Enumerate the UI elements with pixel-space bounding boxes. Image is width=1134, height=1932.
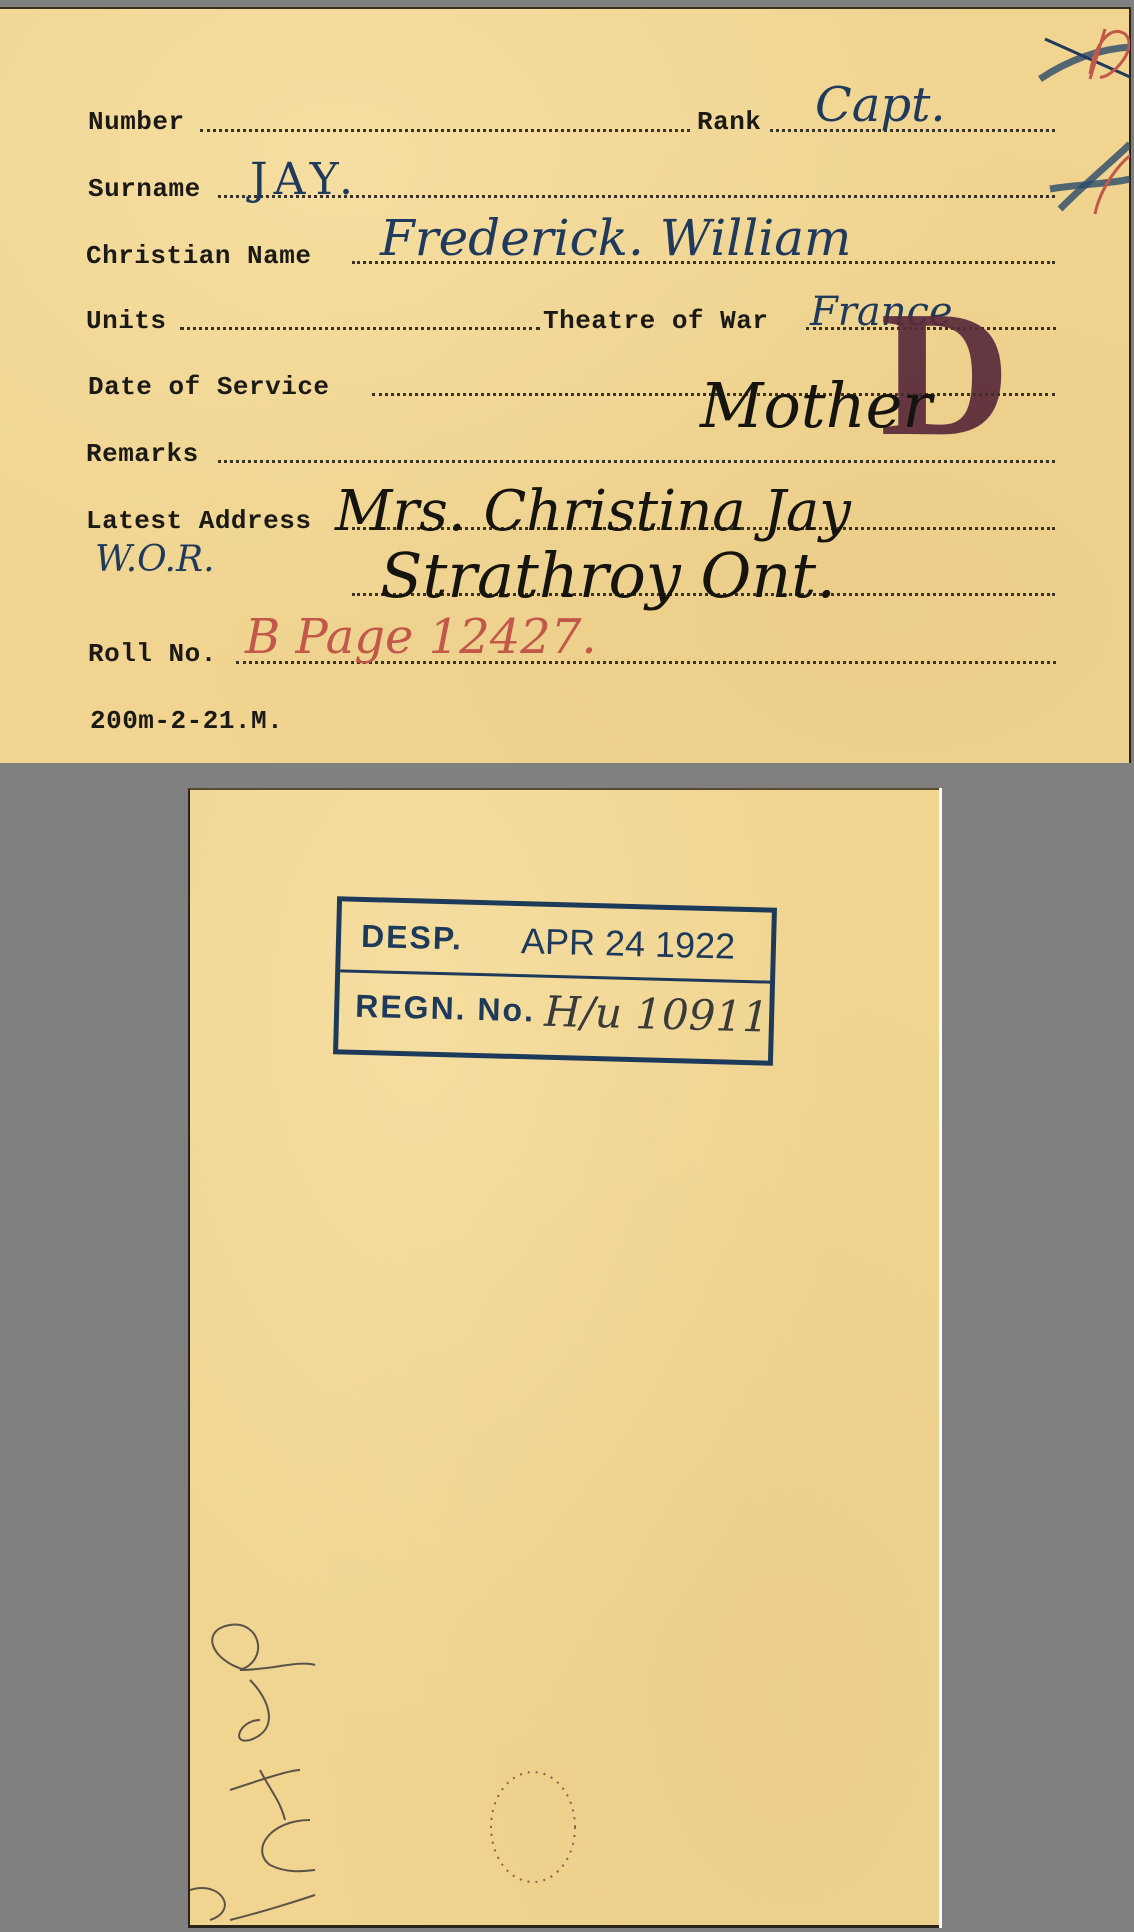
latest-address-line2-value: Strathroy Ont. bbox=[380, 539, 836, 612]
stamp-divider bbox=[340, 969, 770, 983]
units-line bbox=[180, 327, 540, 330]
christian-name-label: Christian Name bbox=[86, 241, 311, 271]
rank-value: Capt. bbox=[815, 77, 946, 133]
number-label: Number bbox=[88, 107, 185, 137]
pencil-scribble-icon bbox=[190, 1620, 330, 1930]
desp-date: APR 24 1922 bbox=[520, 920, 735, 968]
latest-address-line1-value: Mrs. Christina Jay bbox=[335, 479, 851, 544]
surname-value: JAY. bbox=[250, 154, 359, 205]
theatre-of-war-label: Theatre of War bbox=[543, 306, 768, 336]
number-line bbox=[200, 129, 690, 132]
regn-label: REGN. No. bbox=[355, 988, 536, 1030]
remarks-line bbox=[218, 460, 1055, 463]
latest-address-label: Latest Address bbox=[86, 506, 311, 536]
print-code: 200m-2-21.M. bbox=[90, 706, 283, 736]
units-label: Units bbox=[86, 306, 167, 336]
remarks-label: Remarks bbox=[86, 439, 199, 469]
corner-crossed-marks-icon bbox=[1030, 19, 1130, 219]
christian-name-value: Frederick. William bbox=[380, 209, 851, 267]
back-card-edge bbox=[939, 788, 942, 1928]
roll-no-value: B Page 12427. bbox=[245, 609, 597, 665]
index-card-front: Number Rank Capt. Surname JAY. Christian… bbox=[0, 7, 1131, 763]
regn-value: H/u 10911 bbox=[544, 987, 770, 1042]
date-of-service-label: Date of Service bbox=[88, 372, 330, 402]
rank-label: Rank bbox=[697, 107, 761, 137]
roll-no-label: Roll No. bbox=[88, 639, 217, 669]
despatch-stamp: DESP. APR 24 1922 REGN. No. H/u 10911 bbox=[333, 896, 777, 1065]
wor-annotation: W.O.R. bbox=[95, 539, 215, 580]
surname-label: Surname bbox=[88, 174, 201, 204]
faded-circular-stamp-icon bbox=[485, 1765, 585, 1895]
remarks-value: Mother bbox=[700, 369, 932, 442]
desp-label: DESP. bbox=[361, 918, 464, 958]
